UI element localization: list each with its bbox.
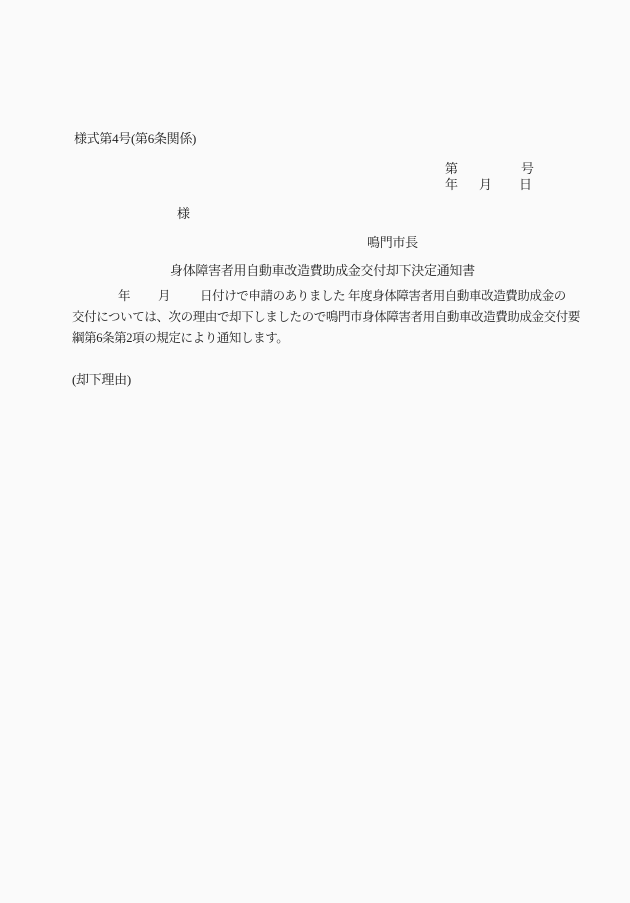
sender-title: 鳴門市長 <box>367 235 418 251</box>
date-month-label: 月 <box>479 177 492 193</box>
body-line2: 交付については、次の理由で却下しましたので鳴門市身体障害者用自動車改造費助成金交… <box>72 310 580 325</box>
form-number-label: 様式第4号(第6条関係) <box>74 131 196 147</box>
body-line1-segment2: 年度身体障害者用自動車改造費助成金の <box>348 289 566 304</box>
doc-number-suffix: 号 <box>521 161 534 177</box>
body-month-label: 月 <box>158 289 170 304</box>
date-year-label: 年 <box>445 177 458 193</box>
addressee-honorific: 様 <box>177 206 190 222</box>
document-title: 身体障害者用自動車改造費助成金交付却下決定通知書 <box>170 263 475 279</box>
rejection-reason-label: (却下理由) <box>72 372 131 388</box>
document-page: 様式第4号(第6条関係) 第 号 年 月 日 様 鳴門市長 身体障害者用自動車改… <box>0 0 630 903</box>
date-day-label: 日 <box>519 177 532 193</box>
body-line3: 綱第6条第2項の規定により通知します。 <box>72 331 288 346</box>
body-line1-segment1: 日付けで申請のありました <box>200 289 345 304</box>
body-year-label: 年 <box>118 289 130 304</box>
doc-number-prefix: 第 <box>445 161 458 177</box>
